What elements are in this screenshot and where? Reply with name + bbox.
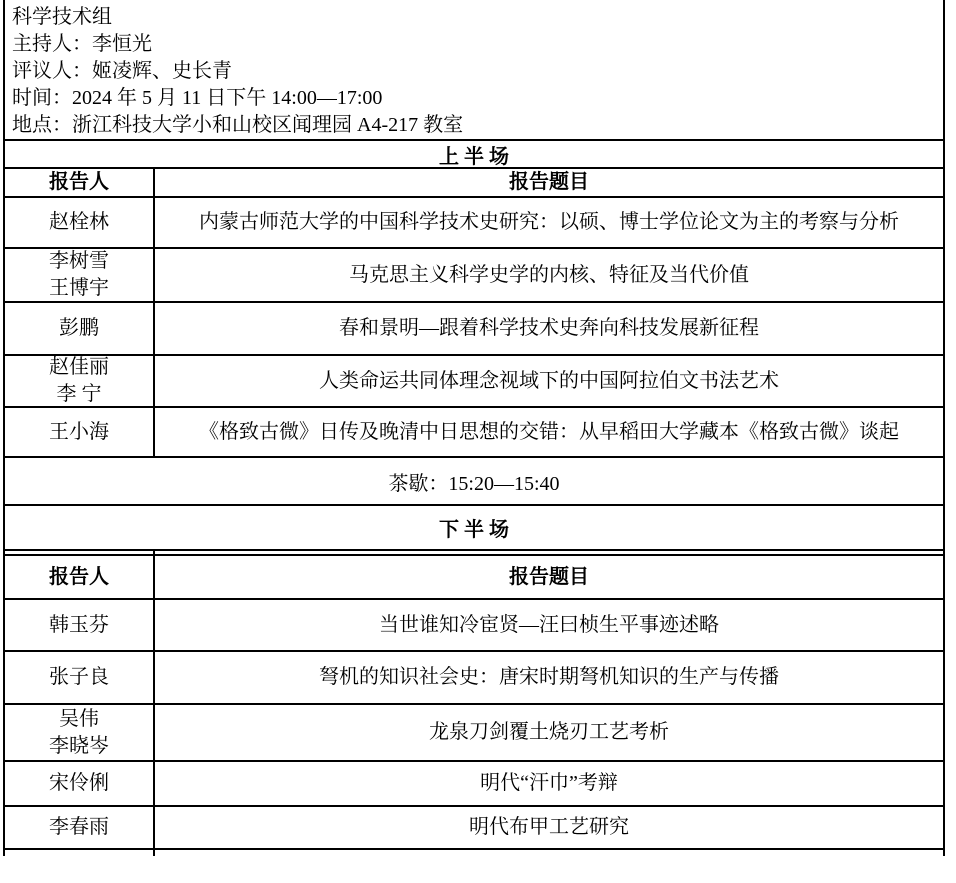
group-title: 科学技术组 xyxy=(12,4,937,31)
title-column-header: 报告题目 xyxy=(155,169,943,196)
gap-divider xyxy=(5,551,155,554)
presenter-cell: 张子良 xyxy=(5,652,155,703)
session1-column-header-row: 报告人 报告题目 xyxy=(5,167,943,196)
presenter-cell: 宋伶俐 xyxy=(5,762,155,805)
table-row: 李春雨 明代布甲工艺研究 xyxy=(5,805,943,850)
table-row: 吴伟 李晓岑 龙泉刀剑覆土烧刃工艺考析 xyxy=(5,703,943,760)
title-cell: 《格致古微》日传及晚清中日思想的交错：从早稻田大学藏本《格致古微》谈起 xyxy=(155,408,943,456)
session2-column-header-row: 报告人 报告题目 xyxy=(5,554,943,598)
presenter-column-header: 报告人 xyxy=(5,556,155,598)
table-row: 赵佳丽 李 宁 人类命运共同体理念视域下的中国阿拉伯文书法艺术 xyxy=(5,354,943,406)
title-cell: 马克思主义科学史学的内核、特征及当代价值 xyxy=(155,249,943,301)
presenter-cell: 韩玉芬 xyxy=(5,600,155,650)
host-line: 主持人：李恒光 xyxy=(12,31,937,58)
presenter-cell: 李春雨 xyxy=(5,807,155,848)
title-column-header: 报告题目 xyxy=(155,556,943,598)
table-row: 韩玉芬 当世谁知冷宦贤—汪曰桢生平事迹述略 xyxy=(5,598,943,650)
presenter-cell: 吴伟 李晓岑 xyxy=(5,705,155,760)
session2-title-row: 下 半 场 xyxy=(5,504,943,551)
time-line: 时间：2024 年 5 月 11 日下午 14:00—17:00 xyxy=(12,85,937,112)
presenter-column-header: 报告人 xyxy=(5,169,155,196)
session1-title-row: 上 半 场 xyxy=(5,139,943,167)
title-cell: 龙泉刀剑覆土烧刃工艺考析 xyxy=(155,705,943,760)
presenter-cell: 赵佳丽 李 宁 xyxy=(5,356,155,406)
title-cell: 人类命运共同体理念视域下的中国阿拉伯文书法艺术 xyxy=(155,356,943,406)
tail-divider xyxy=(5,850,155,856)
table-row: 彭鹏 春和景明—跟着科学技术史奔向科技发展新征程 xyxy=(5,301,943,354)
presenter-cell: 王小海 xyxy=(5,408,155,456)
title-cell: 春和景明—跟着科学技术史奔向科技发展新征程 xyxy=(155,303,943,354)
title-cell: 内蒙古师范大学的中国科学技术史研究：以硕、博士学位论文为主的考察与分析 xyxy=(155,198,943,247)
break-row: 茶歇：15:20—15:40 xyxy=(5,456,943,504)
table-row: 张子良 弩机的知识社会史：唐宋时期弩机知识的生产与传播 xyxy=(5,650,943,703)
table-row: 宋伶俐 明代“汗巾”考辩 xyxy=(5,760,943,805)
title-cell: 明代“汗巾”考辩 xyxy=(155,762,943,805)
table-row: 赵栓林 内蒙古师范大学的中国科学技术史研究：以硕、博士学位论文为主的考察与分析 xyxy=(5,196,943,247)
info-block: 科学技术组 主持人：李恒光 评议人：姬凌辉、史长青 时间：2024 年 5 月 … xyxy=(5,0,943,139)
reviewers-line: 评议人：姬凌辉、史长青 xyxy=(12,58,937,85)
presenter-cell: 彭鹏 xyxy=(5,303,155,354)
location-line: 地点：浙江科技大学小和山校区闻理园 A4-217 教室 xyxy=(12,112,937,139)
title-cell: 明代布甲工艺研究 xyxy=(155,807,943,848)
document: 科学技术组 主持人：李恒光 评议人：姬凌辉、史长青 时间：2024 年 5 月 … xyxy=(3,0,945,856)
table-tail xyxy=(5,850,943,856)
table-row: 王小海 《格致古微》日传及晚清中日思想的交错：从早稻田大学藏本《格致古微》谈起 xyxy=(5,406,943,456)
table-row: 李树雪 王博宇 马克思主义科学史学的内核、特征及当代价值 xyxy=(5,247,943,301)
presenter-cell: 李树雪 王博宇 xyxy=(5,249,155,301)
title-cell: 当世谁知冷宦贤—汪曰桢生平事迹述略 xyxy=(155,600,943,650)
presenter-cell: 赵栓林 xyxy=(5,198,155,247)
title-cell: 弩机的知识社会史：唐宋时期弩机知识的生产与传播 xyxy=(155,652,943,703)
